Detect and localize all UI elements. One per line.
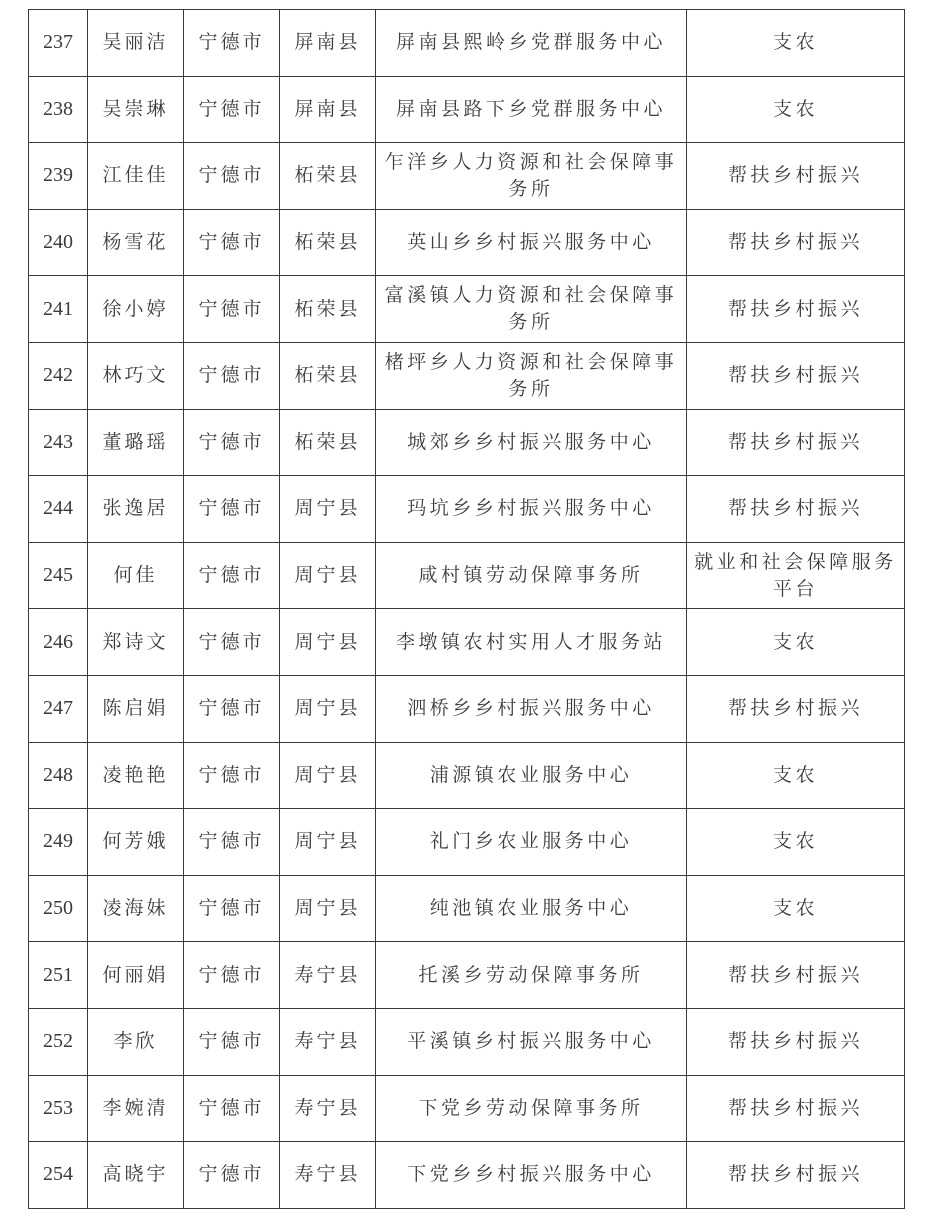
row-number-cell: 241: [29, 276, 88, 343]
service-unit-cell: 托溪乡劳动保障事务所: [376, 942, 687, 1009]
service-unit-cell: 屏南县熙岭乡党群服务中心: [376, 10, 687, 77]
roster-table-body: 237 吴丽洁 宁德市 屏南县 屏南县熙岭乡党群服务中心 支农 238 吴崇琳 …: [29, 10, 905, 1209]
county-cell: 周宁县: [280, 875, 376, 942]
row-number-cell: 251: [29, 942, 88, 1009]
service-post-cell: 支农: [687, 76, 905, 143]
city-cell: 宁德市: [184, 609, 280, 676]
service-post-cell: 支农: [687, 809, 905, 876]
table-row: 239 江佳佳 宁德市 柘荣县 乍洋乡人力资源和社会保障事务所 帮扶乡村振兴: [29, 143, 905, 210]
county-cell: 寿宁县: [280, 1075, 376, 1142]
city-cell: 宁德市: [184, 942, 280, 1009]
table-row: 241 徐小婷 宁德市 柘荣县 富溪镇人力资源和社会保障事务所 帮扶乡村振兴: [29, 276, 905, 343]
service-unit-cell: 礼门乡农业服务中心: [376, 809, 687, 876]
row-number-cell: 238: [29, 76, 88, 143]
table-row: 246 郑诗文 宁德市 周宁县 李墩镇农村实用人才服务站 支农: [29, 609, 905, 676]
service-unit-cell: 乍洋乡人力资源和社会保障事务所: [376, 143, 687, 210]
table-row: 248 凌艳艳 宁德市 周宁县 浦源镇农业服务中心 支农: [29, 742, 905, 809]
county-cell: 屏南县: [280, 76, 376, 143]
table-row: 252 李欣 宁德市 寿宁县 平溪镇乡村振兴服务中心 帮扶乡村振兴: [29, 1008, 905, 1075]
service-post-cell: 帮扶乡村振兴: [687, 209, 905, 276]
service-unit-cell: 屏南县路下乡党群服务中心: [376, 76, 687, 143]
service-post-cell: 帮扶乡村振兴: [687, 1075, 905, 1142]
service-post-cell: 帮扶乡村振兴: [687, 409, 905, 476]
document-page: 237 吴丽洁 宁德市 屏南县 屏南县熙岭乡党群服务中心 支农 238 吴崇琳 …: [28, 9, 905, 1209]
row-number-cell: 242: [29, 342, 88, 409]
person-name-cell: 陈启娟: [88, 675, 184, 742]
table-row: 242 林巧文 宁德市 柘荣县 楮坪乡人力资源和社会保障事务所 帮扶乡村振兴: [29, 342, 905, 409]
service-unit-cell: 玛坑乡乡村振兴服务中心: [376, 476, 687, 543]
county-cell: 柘荣县: [280, 143, 376, 210]
row-number-cell: 239: [29, 143, 88, 210]
city-cell: 宁德市: [184, 143, 280, 210]
service-post-cell: 帮扶乡村振兴: [687, 276, 905, 343]
service-unit-cell: 富溪镇人力资源和社会保障事务所: [376, 276, 687, 343]
row-number-cell: 243: [29, 409, 88, 476]
service-post-cell: 支农: [687, 10, 905, 77]
person-name-cell: 何芳娥: [88, 809, 184, 876]
county-cell: 屏南县: [280, 10, 376, 77]
county-cell: 柘荣县: [280, 276, 376, 343]
person-name-cell: 何丽娟: [88, 942, 184, 1009]
city-cell: 宁德市: [184, 1008, 280, 1075]
service-post-cell: 就业和社会保障服务平台: [687, 542, 905, 609]
person-name-cell: 何佳: [88, 542, 184, 609]
person-name-cell: 吴崇琳: [88, 76, 184, 143]
table-row: 240 杨雪花 宁德市 柘荣县 英山乡乡村振兴服务中心 帮扶乡村振兴: [29, 209, 905, 276]
table-row: 237 吴丽洁 宁德市 屏南县 屏南县熙岭乡党群服务中心 支农: [29, 10, 905, 77]
person-name-cell: 凌海妹: [88, 875, 184, 942]
county-cell: 周宁县: [280, 609, 376, 676]
table-row: 251 何丽娟 宁德市 寿宁县 托溪乡劳动保障事务所 帮扶乡村振兴: [29, 942, 905, 1009]
person-name-cell: 张逸居: [88, 476, 184, 543]
city-cell: 宁德市: [184, 875, 280, 942]
service-post-cell: 支农: [687, 742, 905, 809]
city-cell: 宁德市: [184, 342, 280, 409]
row-number-cell: 245: [29, 542, 88, 609]
row-number-cell: 240: [29, 209, 88, 276]
service-unit-cell: 咸村镇劳动保障事务所: [376, 542, 687, 609]
county-cell: 寿宁县: [280, 1008, 376, 1075]
person-name-cell: 杨雪花: [88, 209, 184, 276]
service-post-cell: 帮扶乡村振兴: [687, 675, 905, 742]
service-unit-cell: 浦源镇农业服务中心: [376, 742, 687, 809]
service-post-cell: 帮扶乡村振兴: [687, 942, 905, 1009]
service-unit-cell: 下党乡劳动保障事务所: [376, 1075, 687, 1142]
city-cell: 宁德市: [184, 476, 280, 543]
row-number-cell: 254: [29, 1142, 88, 1209]
service-unit-cell: 城郊乡乡村振兴服务中心: [376, 409, 687, 476]
city-cell: 宁德市: [184, 10, 280, 77]
service-unit-cell: 英山乡乡村振兴服务中心: [376, 209, 687, 276]
county-cell: 寿宁县: [280, 942, 376, 1009]
person-name-cell: 林巧文: [88, 342, 184, 409]
service-post-cell: 帮扶乡村振兴: [687, 476, 905, 543]
service-unit-cell: 下党乡乡村振兴服务中心: [376, 1142, 687, 1209]
city-cell: 宁德市: [184, 675, 280, 742]
table-row: 238 吴崇琳 宁德市 屏南县 屏南县路下乡党群服务中心 支农: [29, 76, 905, 143]
table-row: 249 何芳娥 宁德市 周宁县 礼门乡农业服务中心 支农: [29, 809, 905, 876]
service-post-cell: 帮扶乡村振兴: [687, 1008, 905, 1075]
service-unit-cell: 泗桥乡乡村振兴服务中心: [376, 675, 687, 742]
person-name-cell: 徐小婷: [88, 276, 184, 343]
person-name-cell: 江佳佳: [88, 143, 184, 210]
roster-table: 237 吴丽洁 宁德市 屏南县 屏南县熙岭乡党群服务中心 支农 238 吴崇琳 …: [28, 9, 905, 1209]
person-name-cell: 董璐瑶: [88, 409, 184, 476]
county-cell: 周宁县: [280, 809, 376, 876]
city-cell: 宁德市: [184, 209, 280, 276]
county-cell: 柘荣县: [280, 409, 376, 476]
person-name-cell: 高晓宇: [88, 1142, 184, 1209]
row-number-cell: 249: [29, 809, 88, 876]
county-cell: 周宁县: [280, 476, 376, 543]
row-number-cell: 246: [29, 609, 88, 676]
county-cell: 周宁县: [280, 675, 376, 742]
table-row: 244 张逸居 宁德市 周宁县 玛坑乡乡村振兴服务中心 帮扶乡村振兴: [29, 476, 905, 543]
service-post-cell: 帮扶乡村振兴: [687, 1142, 905, 1209]
city-cell: 宁德市: [184, 542, 280, 609]
table-row: 247 陈启娟 宁德市 周宁县 泗桥乡乡村振兴服务中心 帮扶乡村振兴: [29, 675, 905, 742]
city-cell: 宁德市: [184, 742, 280, 809]
service-post-cell: 帮扶乡村振兴: [687, 342, 905, 409]
service-unit-cell: 李墩镇农村实用人才服务站: [376, 609, 687, 676]
person-name-cell: 李婉清: [88, 1075, 184, 1142]
service-post-cell: 支农: [687, 875, 905, 942]
person-name-cell: 李欣: [88, 1008, 184, 1075]
service-post-cell: 帮扶乡村振兴: [687, 143, 905, 210]
service-unit-cell: 纯池镇农业服务中心: [376, 875, 687, 942]
service-unit-cell: 平溪镇乡村振兴服务中心: [376, 1008, 687, 1075]
city-cell: 宁德市: [184, 76, 280, 143]
city-cell: 宁德市: [184, 276, 280, 343]
table-row: 245 何佳 宁德市 周宁县 咸村镇劳动保障事务所 就业和社会保障服务平台: [29, 542, 905, 609]
row-number-cell: 248: [29, 742, 88, 809]
row-number-cell: 252: [29, 1008, 88, 1075]
city-cell: 宁德市: [184, 809, 280, 876]
city-cell: 宁德市: [184, 409, 280, 476]
service-post-cell: 支农: [687, 609, 905, 676]
person-name-cell: 郑诗文: [88, 609, 184, 676]
row-number-cell: 253: [29, 1075, 88, 1142]
county-cell: 柘荣县: [280, 342, 376, 409]
city-cell: 宁德市: [184, 1142, 280, 1209]
service-unit-cell: 楮坪乡人力资源和社会保障事务所: [376, 342, 687, 409]
table-row: 254 高晓宇 宁德市 寿宁县 下党乡乡村振兴服务中心 帮扶乡村振兴: [29, 1142, 905, 1209]
county-cell: 寿宁县: [280, 1142, 376, 1209]
row-number-cell: 244: [29, 476, 88, 543]
county-cell: 柘荣县: [280, 209, 376, 276]
county-cell: 周宁县: [280, 542, 376, 609]
county-cell: 周宁县: [280, 742, 376, 809]
table-row: 243 董璐瑶 宁德市 柘荣县 城郊乡乡村振兴服务中心 帮扶乡村振兴: [29, 409, 905, 476]
person-name-cell: 凌艳艳: [88, 742, 184, 809]
row-number-cell: 237: [29, 10, 88, 77]
table-row: 253 李婉清 宁德市 寿宁县 下党乡劳动保障事务所 帮扶乡村振兴: [29, 1075, 905, 1142]
row-number-cell: 250: [29, 875, 88, 942]
row-number-cell: 247: [29, 675, 88, 742]
person-name-cell: 吴丽洁: [88, 10, 184, 77]
table-row: 250 凌海妹 宁德市 周宁县 纯池镇农业服务中心 支农: [29, 875, 905, 942]
city-cell: 宁德市: [184, 1075, 280, 1142]
